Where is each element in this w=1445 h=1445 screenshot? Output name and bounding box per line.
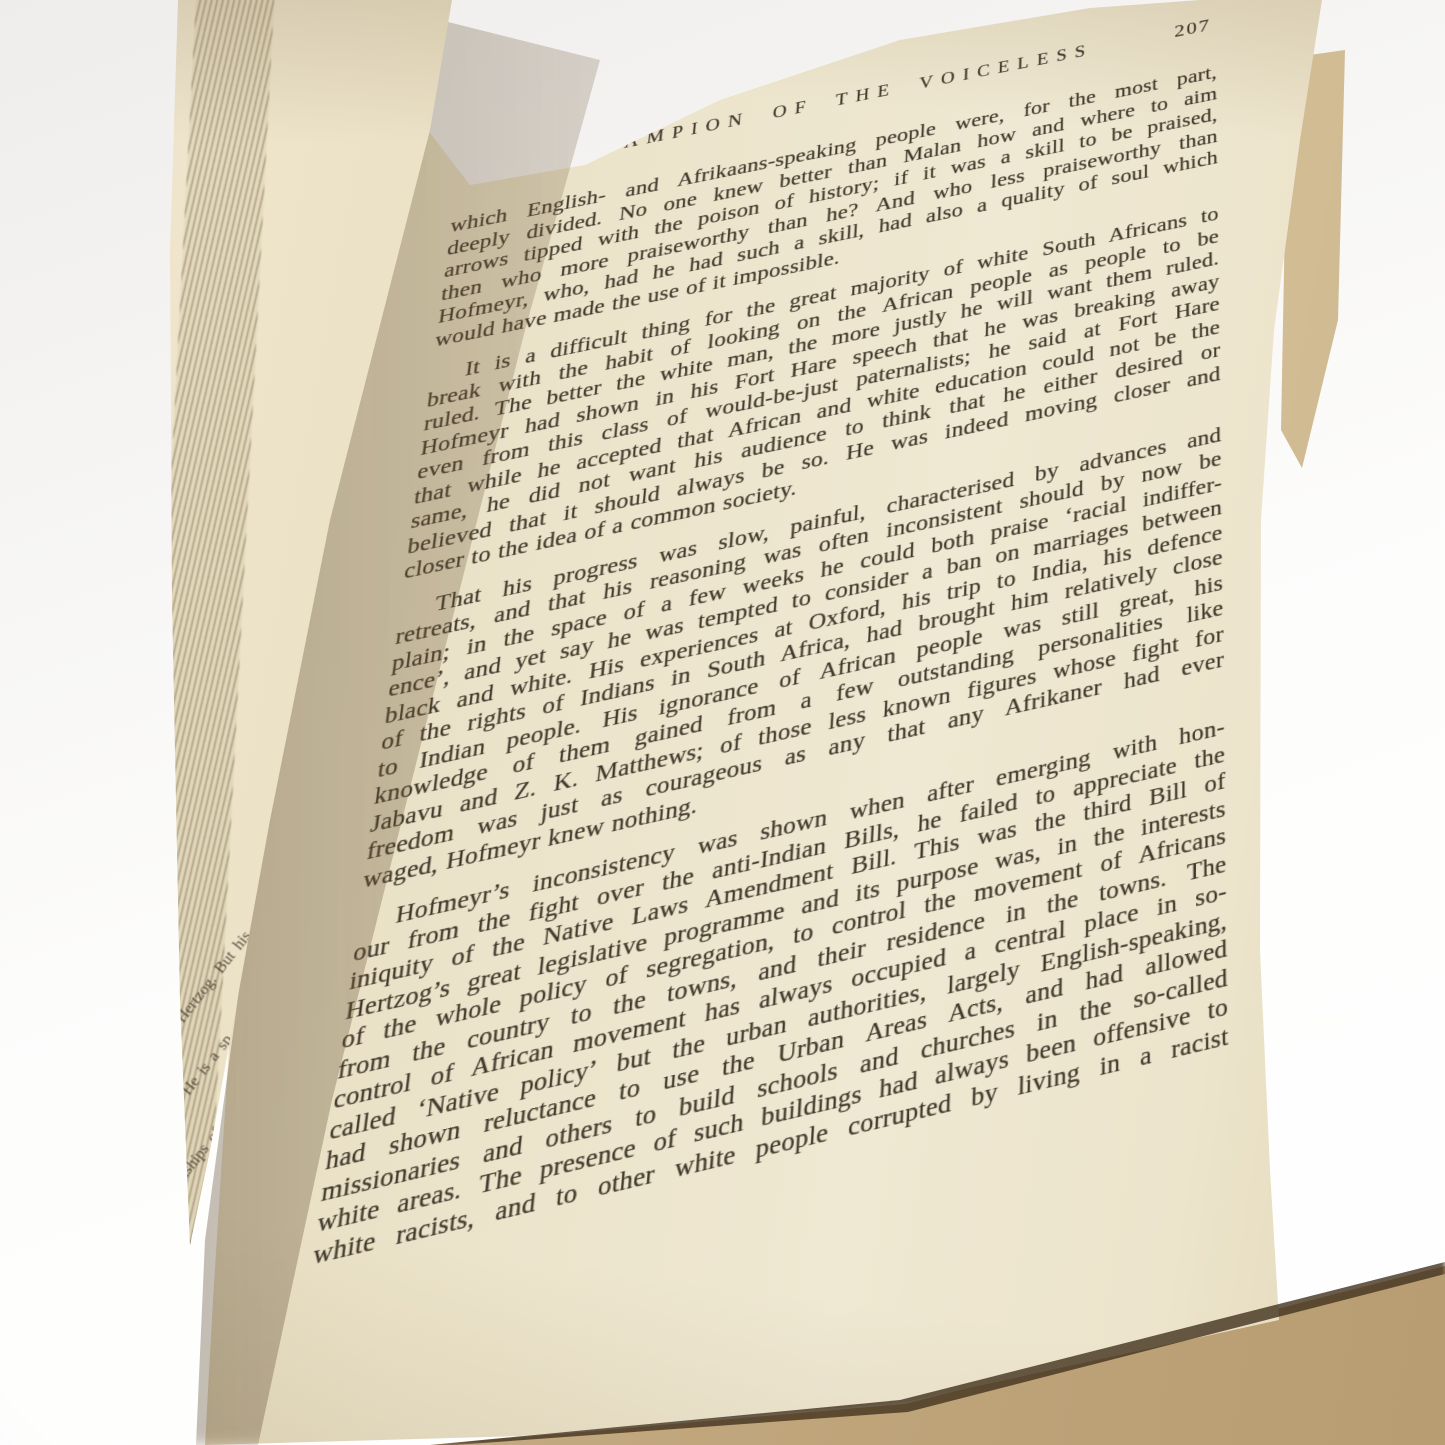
left-page-text-line: an organisation one	[0, 0, 283, 689]
left-page-text-line: from the Malanites and	[0, 0, 360, 750]
page-number: 207	[1174, 14, 1211, 42]
left-page-text-line: at the offer by the	[0, 0, 341, 785]
left-page-text-line: an Indian led to	[0, 0, 302, 731]
left-page-text-line: white girl by the South	[0, 0, 321, 669]
left-page-text-line: could quote only	[0, 0, 263, 624]
left-page-text-line: evidence	[0, 0, 244, 659]
photo: CHAMPION OF THE VOICELESS 207 which Engl…	[0, 0, 1445, 1445]
left-page-text-line: it was made	[0, 0, 225, 694]
